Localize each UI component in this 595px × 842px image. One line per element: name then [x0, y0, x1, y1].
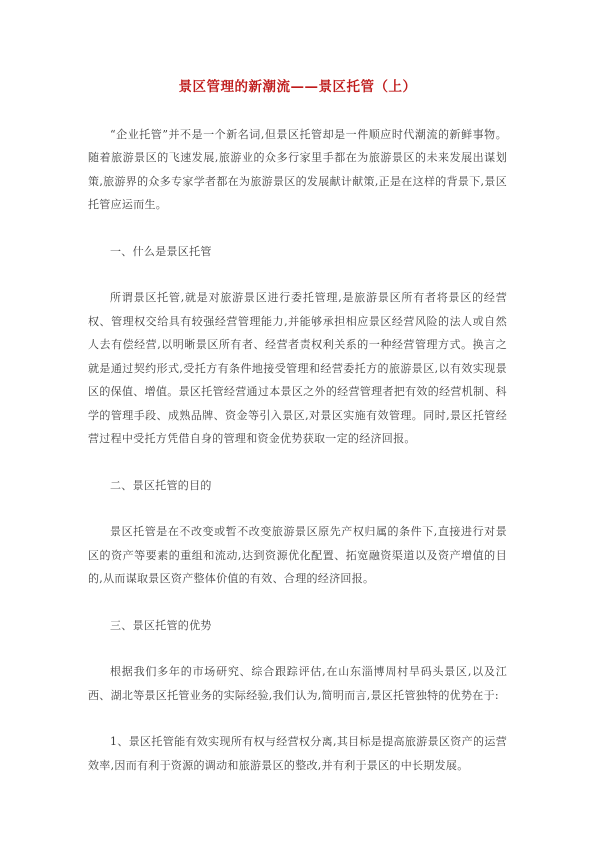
section-heading-3: 三、景区托管的优势	[88, 614, 507, 638]
body-paragraph-definition: 所谓景区托管,就是对旅游景区进行委托管理,是旅游景区所有者将景区的经营权、管理权…	[88, 286, 507, 451]
body-paragraph-purpose: 景区托管是在不改变或暂不改变旅游景区原先产权归属的条件下,直接进行对景区的资产等…	[88, 520, 507, 591]
body-paragraph-experience: 根据我们多年的市场研究、综合跟踪评估,在山东淄博周村旱码头景区,以及江西、湖北等…	[88, 660, 507, 707]
section-heading-2: 二、景区托管的目的	[88, 474, 507, 498]
document-page: 景区管理的新潮流——景区托管（上） “企业托管”并不是一个新名词,但景区托管却是…	[0, 0, 595, 842]
body-paragraph-intro: “企业托管”并不是一个新名词,但景区托管却是一件顺应时代潮流的新鲜事物。随着旅游…	[88, 123, 507, 217]
document-title: 景区管理的新潮流——景区托管（上）	[88, 76, 507, 100]
section-heading-1: 一、什么是景区托管	[88, 240, 507, 264]
body-paragraph-advantage-1: 1、景区托管能有效实现所有权与经营权分离,其目标是提高旅游景区资产的运营效率,因…	[88, 730, 507, 777]
